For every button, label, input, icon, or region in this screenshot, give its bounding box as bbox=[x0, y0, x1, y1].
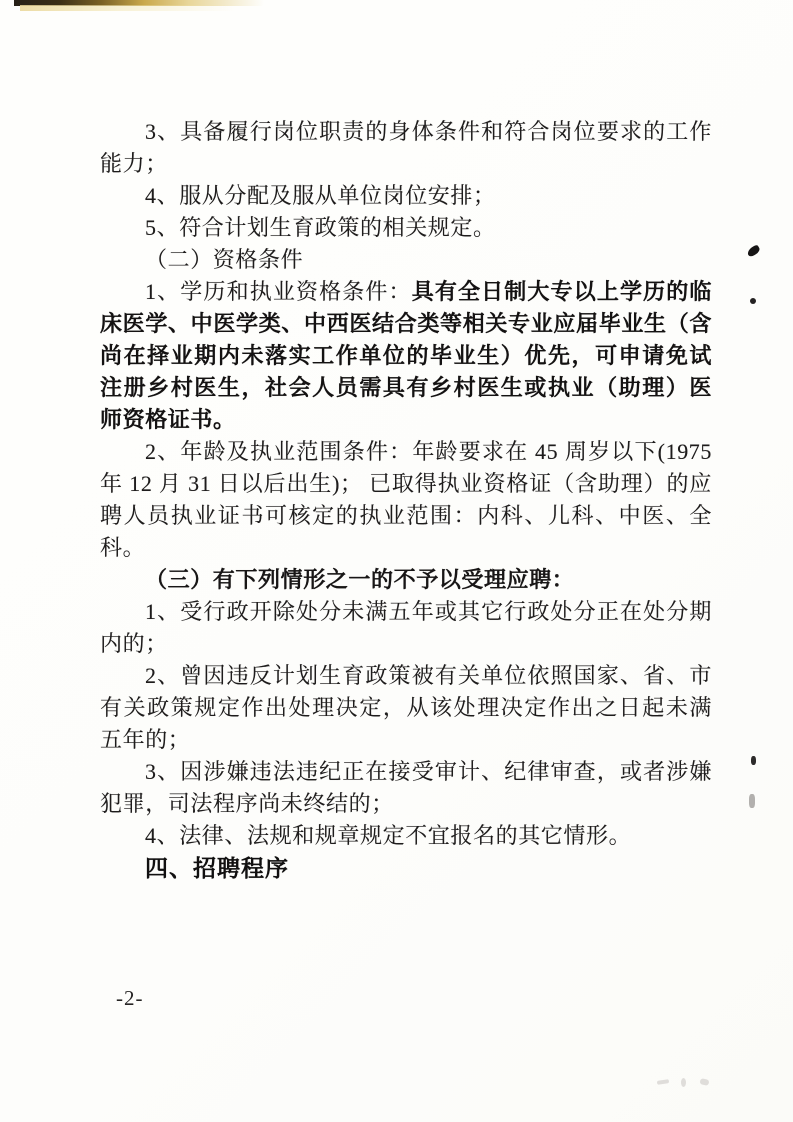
text-line: 五年的； bbox=[100, 724, 712, 756]
section-heading: 四、招聘程序 bbox=[145, 855, 289, 881]
text-run-bold: 具有全日制大专以上学历的临 bbox=[412, 279, 712, 304]
text-line: 4、服从分配及服从单位岗位安排； bbox=[100, 180, 712, 212]
text-run-bold: （三）有下列情形之一的不予以受理应聘： bbox=[145, 567, 574, 592]
text-run-bold: 注册乡村医生，社会人员需具有乡村医生或执业（助理）医 bbox=[100, 375, 712, 400]
scanned-document-page: 3、具备履行岗位职责的身体条件和符合岗位要求的工作 能力； 4、服从分配及服从单… bbox=[0, 0, 793, 1122]
text-run-bold: 师资格证书。 bbox=[100, 407, 236, 432]
text-run: 2、年龄及执业范围条件：年龄要求在 45 周岁以下(1975 bbox=[145, 439, 712, 464]
text-line: 科。 bbox=[100, 532, 712, 564]
text-run: 聘人员执业证书可核定的执业范围：内科、儿科、中医、全 bbox=[100, 503, 712, 528]
text-run: 科。 bbox=[100, 535, 145, 560]
text-run: 1、受行政开除处分未满五年或其它行政处分正在处分期 bbox=[145, 599, 712, 624]
scan-smudge bbox=[681, 1078, 686, 1087]
text-line: 4、法律、法规和规章规定不宜报名的其它情形。 bbox=[100, 820, 712, 852]
text-line: 1、学历和执业资格条件：具有全日制大专以上学历的临 bbox=[100, 276, 712, 308]
text-run: 能力； bbox=[100, 151, 168, 176]
text-line: 师资格证书。 bbox=[100, 404, 712, 436]
text-line: 尚在择业期内未落实工作单位的毕业生）优先，可申请免试 bbox=[100, 340, 712, 372]
text-line: 1、受行政开除处分未满五年或其它行政处分正在处分期 bbox=[100, 596, 712, 628]
text-run: 内的； bbox=[100, 631, 168, 656]
scan-smudge bbox=[699, 1078, 709, 1086]
ink-speck bbox=[746, 244, 761, 258]
text-line: 聘人员执业证书可核定的执业范围：内科、儿科、中医、全 bbox=[100, 500, 712, 532]
text-run: 3、具备履行岗位职责的身体条件和符合岗位要求的工作 bbox=[145, 119, 712, 144]
text-line: 2、年龄及执业范围条件：年龄要求在 45 周岁以下(1975 bbox=[100, 436, 712, 468]
text-line: 年 12 月 31 日以后出生)； 已取得执业资格证（含助理）的应 bbox=[100, 468, 712, 500]
page-number: -2- bbox=[116, 986, 144, 1011]
text-run: 1、学历和执业资格条件： bbox=[145, 279, 412, 304]
ink-speck bbox=[749, 794, 755, 808]
ink-speck bbox=[750, 298, 756, 304]
text-line: 2、曾因违反计划生育政策被有关单位依照国家、省、市 bbox=[100, 660, 712, 692]
text-line: 能力； bbox=[100, 148, 712, 180]
text-run: 有关政策规定作出处理决定，从该处理决定作出之日起未满 bbox=[100, 695, 712, 720]
text-run-bold: 尚在择业期内未落实工作单位的毕业生）优先，可申请免试 bbox=[100, 343, 712, 368]
scan-artifact-top-strip-glow bbox=[20, 5, 235, 11]
text-line: 3、具备履行岗位职责的身体条件和符合岗位要求的工作 bbox=[100, 116, 712, 148]
text-line: 5、符合计划生育政策的相关规定。 bbox=[100, 212, 712, 244]
text-line: 床医学、中医学类、中西医结合类等相关专业应届毕业生（含 bbox=[100, 308, 712, 340]
text-run: 5、符合计划生育政策的相关规定。 bbox=[145, 215, 496, 240]
text-run: 3、因涉嫌违法违纪正在接受审计、纪律审查，或者涉嫌 bbox=[145, 759, 712, 784]
text-line: 内的； bbox=[100, 628, 712, 660]
text-run: （二）资格条件 bbox=[145, 247, 303, 272]
text-line: 四、招聘程序 bbox=[100, 852, 712, 884]
document-body: 3、具备履行岗位职责的身体条件和符合岗位要求的工作 能力； 4、服从分配及服从单… bbox=[100, 116, 712, 884]
ink-speck bbox=[751, 756, 756, 765]
text-run: 犯罪，司法程序尚未终结的； bbox=[100, 791, 394, 816]
scan-smudge bbox=[657, 1079, 669, 1085]
text-line: 有关政策规定作出处理决定，从该处理决定作出之日起未满 bbox=[100, 692, 712, 724]
text-line: 3、因涉嫌违法违纪正在接受审计、纪律审查，或者涉嫌 bbox=[100, 756, 712, 788]
text-run: 年 12 月 31 日以后出生)； 已取得执业资格证（含助理）的应 bbox=[100, 471, 712, 496]
text-run: 4、服从分配及服从单位岗位安排； bbox=[145, 183, 496, 208]
text-line: 注册乡村医生，社会人员需具有乡村医生或执业（助理）医 bbox=[100, 372, 712, 404]
text-line: （三）有下列情形之一的不予以受理应聘： bbox=[100, 564, 712, 596]
text-run-bold: 床医学、中医学类、中西医结合类等相关专业应届毕业生（含 bbox=[100, 311, 712, 336]
text-run: 五年的； bbox=[100, 727, 190, 752]
text-line: （二）资格条件 bbox=[100, 244, 712, 276]
text-run: 2、曾因违反计划生育政策被有关单位依照国家、省、市 bbox=[145, 663, 712, 688]
text-line: 犯罪，司法程序尚未终结的； bbox=[100, 788, 712, 820]
text-run: 4、法律、法规和规章规定不宜报名的其它情形。 bbox=[145, 823, 631, 848]
